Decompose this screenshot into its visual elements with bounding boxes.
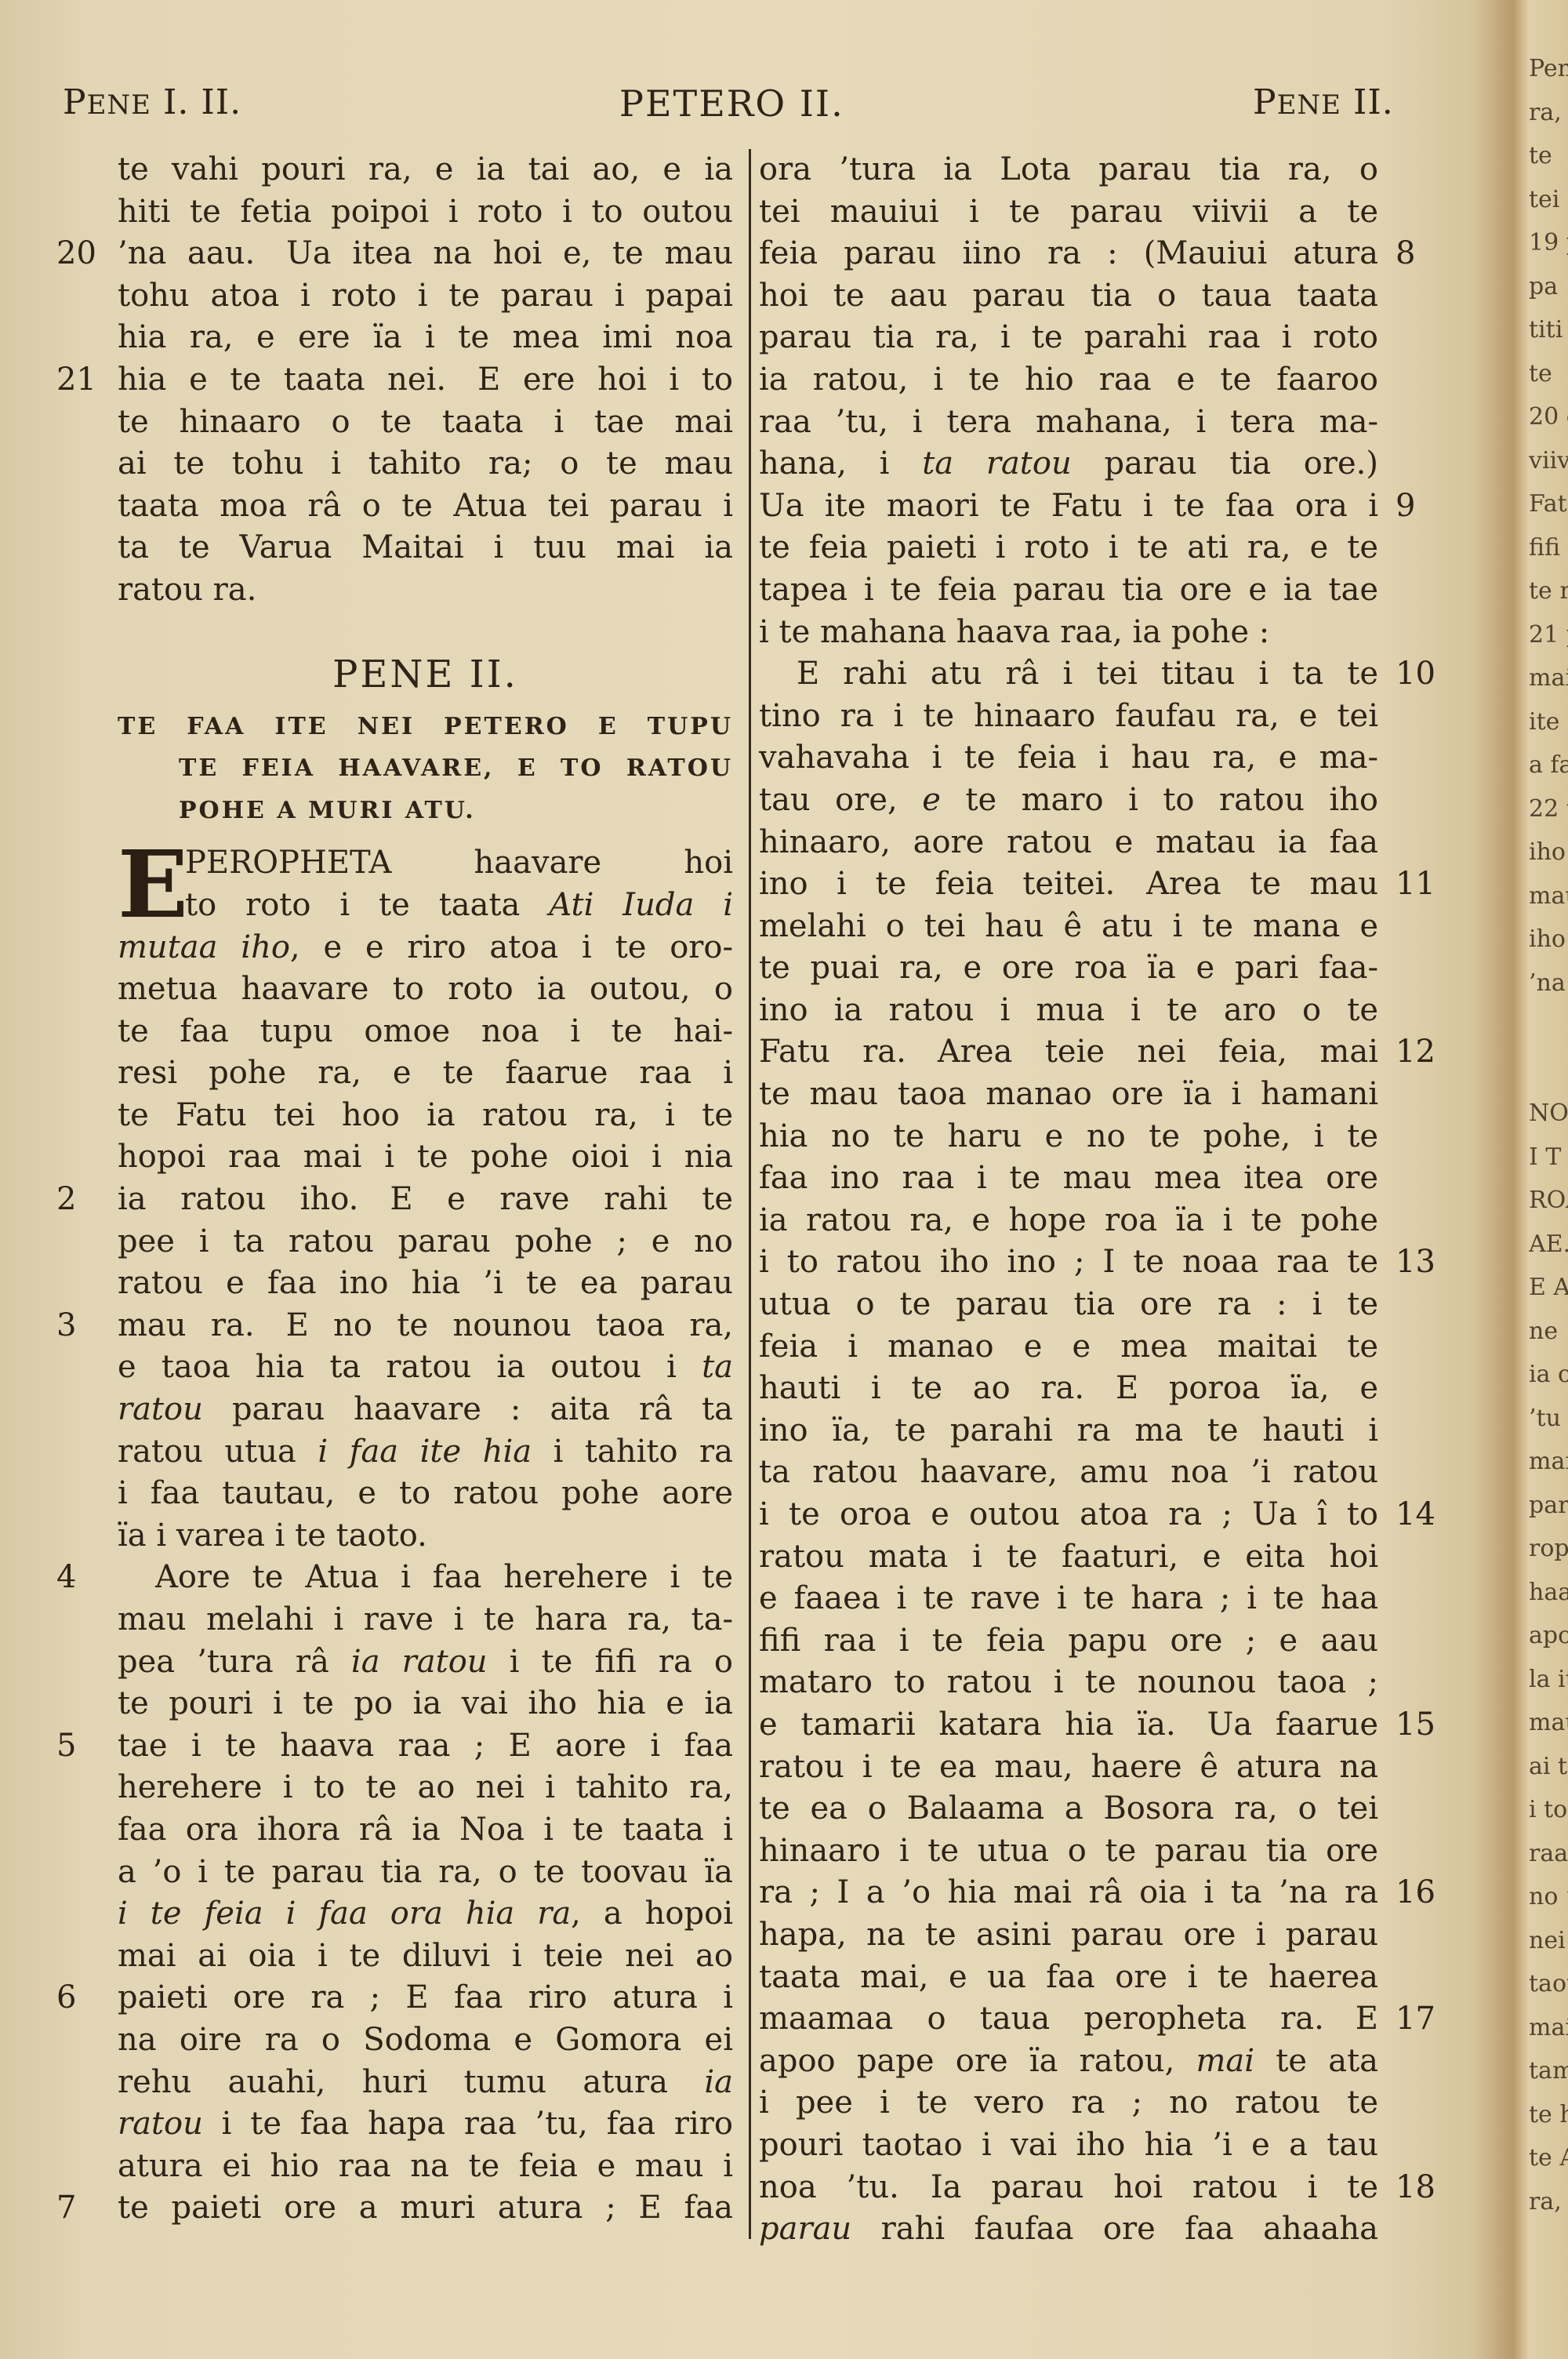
text-line: hiti te fetia poipoi i roto i to outou	[118, 191, 733, 234]
edge-text-fragment: ROA	[1529, 1179, 1568, 1223]
edge-text-fragment: tamua	[1529, 2049, 1568, 2093]
edge-text-fragment: 19 pa	[1529, 221, 1568, 265]
line-text: herehere i to te ao nei i tahito ra,	[118, 1769, 733, 1805]
edge-text-fragment: manao	[1529, 1440, 1568, 1484]
line-text: hoi te aau parau tia o taua taata	[759, 278, 1378, 314]
text-line: te vahi pouri ra, e ia tai ao, e ia	[118, 149, 733, 191]
verse-number: 17	[1396, 1998, 1450, 2041]
line-text: metua haavare to roto ia outou, o	[118, 971, 733, 1007]
text-line: melahi o tei hau ê atu i te mana e	[759, 906, 1378, 948]
text-line: i te feia i faa ora hia ra, a hopoi	[118, 1893, 733, 1936]
line-text: maamaa o taua peropheta ra. E	[759, 2001, 1378, 2037]
line-text: ratou i te ea mau, haere ê atura na	[759, 1749, 1378, 1785]
text-line: 14i te oroa e outou atoa ra ; Ua î to	[759, 1494, 1378, 1536]
edge-text-fragment: ia out	[1529, 1353, 1568, 1397]
text-line: tau ore, e te maro i to ratou iho	[759, 780, 1378, 822]
text-line: ta ratou haavare, amu noa ’i ratou	[759, 1452, 1378, 1494]
verse-number: 8	[1396, 233, 1450, 275]
line-text: e tamarii katara hia ïa. Ua faarue	[759, 1707, 1378, 1743]
edge-text-fragment: rophet	[1529, 1527, 1568, 1571]
line-text: tohu atoa i roto i te parau i papai	[118, 278, 733, 314]
edge-text-fragment: tei	[1529, 178, 1568, 222]
line-text: te mau taoa manao ore ïa i hamani	[759, 1076, 1378, 1112]
verse-number: 11	[1396, 863, 1450, 906]
text-line: fifi raa i te feia papu ore ; e aau	[759, 1620, 1378, 1663]
line-text: tei mauiui i te parau viivii a te	[759, 194, 1378, 230]
text-line: rehu auahi, huri tumu atura ia	[118, 2062, 733, 2104]
text-line: ratou mata i te faaturi, e eita hoi	[759, 1536, 1378, 1579]
edge-text-fragment: pa	[1529, 265, 1568, 309]
chapter-title: PENE II.	[118, 643, 733, 706]
line-text: a ’o i te parau tia ra, o te toovau ïa	[118, 1854, 733, 1890]
line-text: Aore te Atua i faa herehere i te	[155, 1559, 733, 1595]
text-line: ratou i te ea mau, haere ê atura na	[759, 1747, 1378, 1789]
line-text: faa ino raa i te mau mea itea ore	[759, 1160, 1378, 1196]
line-text: hinaaro, aore ratou e matau ia faa	[759, 824, 1378, 860]
line-text: feia parau iino ra : (Mauiui atura	[759, 235, 1378, 271]
verse-number: 13	[1396, 1241, 1450, 1284]
text-line: na oire ra o Sodoma e Gomora ei	[118, 2019, 733, 2062]
edge-text-fragment: nei â h	[1529, 1919, 1568, 1963]
edge-text-fragment: NO T	[1529, 1092, 1568, 1136]
drop-cap-paragraph: EPEROPHETA haavare hoito roto i te taata…	[118, 842, 733, 926]
text-line: 11ino i te feia teitei. Area te mau	[759, 863, 1378, 906]
line-text: te puai ra, e ore roa ïa e pari faa-	[759, 950, 1378, 986]
text-line: mutaa iho, e e riro atoa i te oro-	[118, 927, 733, 969]
edge-text-fragment: raa ma	[1529, 1832, 1568, 1876]
verse-number: 20	[56, 233, 103, 275]
verse-number: 9	[1396, 485, 1450, 528]
verse-number: 14	[1396, 1494, 1450, 1536]
text-line: resi pohe ra, e te faarue raa i	[118, 1052, 733, 1095]
edge-text-fragment: fifi	[1529, 526, 1568, 570]
line-text: fifi raa i te feia papu ore ; e aau	[759, 1623, 1378, 1659]
text-line: taata moa râ o te Atua tei parau i	[118, 485, 733, 528]
text-line: 8feia parau iino ra : (Mauiui atura	[759, 233, 1378, 275]
text-line: 9Ua ite maori te Fatu i te faa ora i	[759, 485, 1378, 528]
text-line: tino ra i te hinaaro faufau ra, e tei	[759, 696, 1378, 738]
line-text: ’na aau. Ua itea na hoi e, te mau	[118, 235, 733, 271]
line-text: ra ; I a ’o hia mai râ oia i ta ’na ra	[759, 1874, 1378, 1910]
edge-text-fragment: la ite	[1529, 1658, 1568, 1702]
verse-number: 12	[1396, 1031, 1450, 1074]
text-line: hinaaro i te utua o te parau tia ore	[759, 1830, 1378, 1873]
line-text: pouri taotao i vai iho hia ’i e a tau	[759, 2127, 1378, 2163]
text-line: hoi te aau parau tia o taua taata	[759, 275, 1378, 318]
text-line: a ’o i te parau tia ra, o te toovau ïa	[118, 1852, 733, 1894]
line-text: Ua ite maori te Fatu i te faa ora i	[759, 488, 1378, 524]
text-line: te feia paieti i roto i te ati ra, e te	[759, 527, 1378, 569]
edge-text-fragment: te	[1529, 352, 1568, 396]
line-text: te faa tupu omoe noa i te hai-	[118, 1013, 733, 1049]
line-text: te ea o Balaama a Bosora ra, o tei	[759, 1790, 1378, 1826]
edge-text-fragment: 22 tuu	[1529, 787, 1568, 831]
text-line: i te mahana haava raa, ia pohe :	[759, 612, 1378, 654]
edge-text-fragment: parau	[1529, 1484, 1568, 1528]
line-text: utua o te parau tia ore ra : i te	[759, 1286, 1378, 1322]
chapter-summary-line: TE FEIA HAAVARE, E TO RATOU	[118, 747, 733, 790]
edge-text-fragment: ne	[1529, 1310, 1568, 1354]
text-line: parau rahi faufaa ore faa ahaaha	[759, 2208, 1378, 2251]
text-line: ta te Varua Maitai i tuu mai ia	[118, 527, 733, 569]
line-text: faa ora ihora râ ia Noa i te taata i	[118, 1812, 733, 1848]
edge-text-fragment: haapii	[1529, 1571, 1568, 1615]
text-line: e faaea i te rave i te hara ; i te haa	[759, 1578, 1378, 1620]
edge-text-fragment: mau m	[1529, 1701, 1568, 1745]
text-line: parau tia ra, i te parahi raa i roto	[759, 317, 1378, 359]
line-text: mataro to ratou i te nounou taoa ;	[759, 1664, 1378, 1700]
text-line: te pouri i te po ia vai iho hia e ia	[118, 1683, 733, 1725]
edge-text-fragment: iho r	[1529, 918, 1568, 961]
text-line: ora ’tura ia Lota parau tia ra, o	[759, 149, 1378, 191]
line-text: te hinaaro o te taata i tae mai	[118, 404, 733, 440]
verse-number: 4	[56, 1557, 103, 1599]
line-text: te feia paieti i roto i te ati ra, e te	[759, 529, 1378, 565]
text-line: ïa i varea i te taoto.	[118, 1515, 733, 1558]
edge-text-fragment: viiv	[1529, 439, 1568, 483]
line-text: tapea i te feia parau tia ore e ia tae	[759, 572, 1378, 608]
edge-text-fragment: te Atua	[1529, 2136, 1568, 2180]
edge-text-fragment: ’tu i t	[1529, 1397, 1568, 1441]
text-line: ino ia ratou i mua i te aro o te	[759, 990, 1378, 1032]
text-line: ia ratou, i te hio raa e te faaroo	[759, 359, 1378, 402]
text-line: raa ’tu, i tera mahana, i tera ma-	[759, 402, 1378, 444]
text-line: hana, i ta ratou parau tia ore.)	[759, 443, 1378, 485]
line-text: pee i ta ratou parau pohe ; e no	[118, 1223, 733, 1259]
edge-text-fragment: Pen	[1529, 47, 1568, 91]
text-line: PEROPHETA haavare hoi	[118, 842, 733, 885]
line-text: atura ei hio raa na te feia e mau i	[118, 2148, 733, 2184]
running-head-left: PENE I. II.	[63, 82, 241, 122]
line-text: E rahi atu râ i tei titau i ta te	[797, 656, 1378, 692]
text-line: pee i ta ratou parau pohe ; e no	[118, 1221, 733, 1263]
line-text: ratou utua i faa ite hia i tahito ra	[118, 1434, 733, 1470]
verse-number: 10	[1396, 653, 1450, 696]
text-line: 20’na aau. Ua itea na hoi e, te mau	[118, 233, 733, 275]
text-line: 3mau ra. E no te nounou taoa ra,	[118, 1305, 733, 1347]
line-text: e faaea i te rave i te hara ; i te haa	[759, 1580, 1378, 1616]
line-text: na oire ra o Sodoma e Gomora ei	[118, 2022, 733, 2058]
line-text: hia e te taata nei. E ere hoi i to	[118, 362, 733, 398]
text-line: herehere i to te ao nei i tahito ra,	[118, 1767, 733, 1809]
text-line: tei mauiui i te parau viivii a te	[759, 191, 1378, 234]
line-text: ino i te feia teitei. Area te mau	[759, 866, 1378, 902]
line-text: ia ratou ra, e hope roa ïa i te pohe	[759, 1202, 1378, 1238]
right-column: ora ’tura ia Lota parau tia ra, otei mau…	[759, 149, 1378, 2251]
line-text: ia ratou iho. E e rave rahi te	[118, 1181, 733, 1217]
edge-text-fragment: AE.	[1529, 1223, 1568, 1267]
line-text: i pee i te vero ra ; no ratou te	[759, 2085, 1378, 2121]
edge-text-fragment: ai te fe	[1529, 1745, 1568, 1789]
text-line: taata mai, e ua faa ore i te haerea	[759, 1957, 1378, 1999]
verse-number: 21	[56, 359, 103, 402]
line-text: parau tia ra, i te parahi raa i roto	[759, 319, 1378, 355]
text-line: tapea i te feia parau tia ore e ia tae	[759, 569, 1378, 612]
edge-text-fragment: te	[1529, 134, 1568, 178]
line-text: ino ïa, te parahi ra ma te hauti i	[759, 1412, 1378, 1448]
line-text: tae i te haava raa ; E aore i faa	[118, 1728, 733, 1764]
text-line: 15e tamarii katara hia ïa. Ua faarue	[759, 1704, 1378, 1747]
text-line: apoo pape ore ïa ratou, mai te ata	[759, 2041, 1378, 2083]
line-text: i te mahana haava raa, ia pohe :	[759, 614, 1269, 650]
text-line: te Fatu tei hoo ia ratou ra, i te	[118, 1095, 733, 1137]
text-line: 7te paieti ore a muri atura ; E faa	[118, 2187, 733, 2230]
line-text: i faa tautau, e to ratou pohe aore	[118, 1475, 733, 1511]
edge-text-fragment: te r	[1529, 569, 1568, 613]
line-text: noa ’tu. Ia parau hoi ratou i te	[759, 2169, 1378, 2205]
text-line: 17maamaa o taua peropheta ra. E	[759, 1998, 1378, 2041]
text-line: mai ai oia i te diluvi i teie nei ao	[118, 1936, 733, 1978]
line-text: hiti te fetia poipoi i roto i to outou	[118, 194, 733, 230]
text-line: pea ’tura râ ia ratou i te fifi ra o	[118, 1641, 733, 1684]
line-text: tino ra i te hinaaro faufau ra, e tei	[759, 698, 1378, 734]
line-text: ratou i te faa hapa raa ’tu, faa riro	[118, 2106, 733, 2142]
line-text: hia ra, e ere ïa i te mea imi noa	[118, 319, 733, 355]
line-text: ratou parau haavare : aita râ ta	[118, 1391, 733, 1427]
text-line: tohu atoa i roto i te parau i papai	[118, 275, 733, 318]
text-line: 18noa ’tu. Ia parau hoi ratou i te	[759, 2167, 1378, 2209]
line-text: ïa i varea i te taoto.	[118, 1518, 427, 1554]
edge-text-fragment: mau	[1529, 874, 1568, 918]
line-text: rehu auahi, huri tumu atura ia	[118, 2064, 733, 2100]
text-line: te ea o Balaama a Bosora ra, o tei	[759, 1788, 1378, 1830]
edge-text-fragment: te haa	[1529, 2093, 1568, 2137]
line-text: ta ratou haavare, amu noa ’i ratou	[759, 1454, 1378, 1490]
line-text: Fatu ra. Area teie nei feia, mai	[759, 1034, 1378, 1070]
text-line: hapa, na te asini parau ore i parau	[759, 1914, 1378, 1957]
edge-text-fragment: 21 pea	[1529, 613, 1568, 657]
line-text: pea ’tura râ ia ratou i te fifi ra o	[118, 1644, 733, 1680]
chapter-summary-line: TE FAA ITE NEI PETERO E TUPU	[118, 706, 733, 748]
text-line: hia no te haru e no te pohe, i te	[759, 1116, 1378, 1158]
text-line: i faa tautau, e to ratou pohe aore	[118, 1473, 733, 1515]
running-head-right: PENE II.	[1253, 82, 1394, 122]
text-line: ratou e faa ino hia ’i te ea parau	[118, 1263, 733, 1305]
text-line: pouri taotao i vai iho hia ’i e a tau	[759, 2125, 1378, 2167]
text-line: 16ra ; I a ’o hia mai râ oia i ta ’na ra	[759, 1872, 1378, 1914]
line-text: resi pohe ra, e te faarue raa i	[118, 1055, 733, 1091]
verse-number: 15	[1396, 1704, 1450, 1747]
line-text: hinaaro i te utua o te parau tia ore	[759, 1833, 1378, 1869]
line-text: i te oroa e outou atoa ra ; Ua î to	[759, 1496, 1378, 1532]
edge-text-fragment: iho	[1529, 831, 1568, 874]
line-text: hia no te haru e no te pohe, i te	[759, 1118, 1378, 1154]
line-text: te pouri i te po ia vai iho hia e ia	[118, 1685, 733, 1721]
line-text: ratou mata i te faaturi, e eita hoi	[759, 1539, 1378, 1575]
text-line: i pee i te vero ra ; no ratou te	[759, 2082, 1378, 2125]
text-line: feia i manao e e mea maitai te	[759, 1326, 1378, 1369]
verse-number: 3	[56, 1305, 103, 1347]
line-text: ratou e faa ino hia ’i te ea parau	[118, 1265, 733, 1301]
edge-text-fragment	[1529, 1005, 1568, 1049]
text-line: vahavaha i te feia i hau ra, e ma-	[759, 737, 1378, 780]
text-line: hia ra, e ere ïa i te mea imi noa	[118, 317, 733, 359]
running-head-book-title: PETERO II.	[619, 82, 844, 125]
text-line: hopoi raa mai i te pohe oioi i nia	[118, 1136, 733, 1179]
text-line: metua haavare to roto ia outou, o	[118, 969, 733, 1011]
line-text: ino ia ratou i mua i te aro o te	[759, 992, 1378, 1028]
text-line: 4Aore te Atua i faa herehere i te	[118, 1557, 733, 1599]
edge-text-fragment: aposet	[1529, 1614, 1568, 1658]
text-line: ratou parau haavare : aita râ ta	[118, 1389, 733, 1431]
edge-text-fragment: I T	[1529, 1136, 1568, 1179]
line-text: taata mai, e ua faa ore i te haerea	[759, 1959, 1378, 1995]
line-text: hopoi raa mai i te pohe oioi i nia	[118, 1139, 733, 1175]
text-line: ratou utua i faa ite hia i tahito ra	[118, 1431, 733, 1474]
edge-text-fragment: ’na ta	[1529, 961, 1568, 1005]
text-line: mau melahi i rave i te hara ra, ta-	[118, 1599, 733, 1641]
line-text: mutaa iho, e e riro atoa i te oro-	[118, 929, 733, 965]
text-line: 13i to ratou iho ino ; I te noaa raa te	[759, 1241, 1378, 1284]
line-text: parau rahi faufaa ore faa ahaaha	[759, 2211, 1378, 2247]
text-line: te mau taoa manao ore ïa i hamani	[759, 1074, 1378, 1116]
text-line: 6paieti ore ra ; E faa riro atura i	[118, 1977, 733, 2019]
line-text: ta te Varua Maitai i tuu mai ia	[118, 529, 733, 565]
edge-text-fragment: mai te	[1529, 2006, 1568, 2050]
column-divider	[749, 149, 751, 2239]
text-line: e taoa hia ta ratou ia outou i ta	[118, 1347, 733, 1389]
text-line: faa ino raa i te mau mea itea ore	[759, 1158, 1378, 1200]
verse-number: 7	[56, 2187, 103, 2230]
line-text: raa ’tu, i tera mahana, i tera ma-	[759, 404, 1378, 440]
edge-text-fragment: ite i	[1529, 700, 1568, 744]
line-text: taata moa râ o te Atua tei parau i	[118, 488, 733, 524]
text-line: utua o te parau tia ore ra : i te	[759, 1284, 1378, 1326]
line-text: te vahi pouri ra, e ia tai ao, e ia	[118, 151, 733, 187]
edge-text-fragment: ra,	[1529, 91, 1568, 135]
verse-number: 6	[56, 1977, 103, 2019]
text-line: faa ora ihora râ ia Noa i te taata i	[118, 1809, 733, 1852]
text-line: ratou ra.	[118, 569, 733, 612]
verse-number: 18	[1396, 2167, 1450, 2209]
edge-text-fragment: mait	[1529, 656, 1568, 700]
text-line: hinaaro, aore ratou e matau ia faa	[759, 822, 1378, 864]
line-text: mau ra. E no te nounou taoa ra,	[118, 1307, 733, 1343]
text-line: ia ratou ra, e hope roa ïa i te pohe	[759, 1200, 1378, 1242]
text-line: to roto i te taata Ati Iuda i	[118, 885, 733, 927]
verse-number: 5	[56, 1725, 103, 1768]
verse-number: 16	[1396, 1872, 1450, 1914]
edge-text-fragment: taoto ra	[1529, 1962, 1568, 2006]
text-line: te puai ra, e ore roa ïa e pari faa-	[759, 947, 1378, 990]
line-text: melahi o tei hau ê atu i te mana e	[759, 908, 1378, 944]
edge-text-fragment: a far	[1529, 743, 1568, 787]
edge-text-fragment: Fat	[1529, 482, 1568, 526]
line-text: vahavaha i te feia i hau ra, e ma-	[759, 740, 1378, 776]
line-text: hana, i ta ratou parau tia ore.)	[759, 445, 1378, 482]
chapter-summary-line: POHE A MURI ATU.	[118, 790, 733, 832]
text-line: te hinaaro o te taata i tae mai	[118, 402, 733, 444]
line-text: mau melahi i rave i te hara ra, ta-	[118, 1601, 733, 1637]
edge-text-fragment: titi	[1529, 308, 1568, 352]
line-text: paieti ore ra ; E faa riro atura i	[118, 1979, 733, 2016]
text-line: 21hia e te taata nei. E ere hoi i to	[118, 359, 733, 402]
text-line: hauti i te ao ra. E poroa ïa, e	[759, 1368, 1378, 1410]
line-text: ora ’tura ia Lota parau tia ra, o	[759, 151, 1378, 187]
line-text: te Fatu tei hoo ia ratou ra, i te	[118, 1097, 733, 1133]
line-text: te paieti ore a muri atura ; E faa	[118, 2190, 733, 2226]
next-page-edge: Penra,tetei19 papatitite20 oiaviivFatfif…	[1529, 47, 1568, 2353]
text-line: 12Fatu ra. Area teie nei feia, mai	[759, 1031, 1378, 1074]
text-line: ai te tohu i tahito ra; o te mau	[118, 443, 733, 485]
line-text: i te feia i faa ora hia ra, a hopoi	[118, 1896, 733, 1932]
edge-text-fragment: no ’na i	[1529, 1875, 1568, 1919]
edge-text-fragment: E A	[1529, 1266, 1568, 1310]
edge-text-fragment: ra, e te	[1529, 2180, 1568, 2224]
line-text: mai ai oia i te diluvi i teie nei ao	[118, 1938, 733, 1974]
line-text: hapa, na te asini parau ore i parau	[759, 1917, 1378, 1953]
text-line: atura ei hio raa na te feia e mau i	[118, 2146, 733, 2188]
line-text: ratou ra.	[118, 572, 256, 608]
verse-number: 2	[56, 1179, 103, 1221]
line-text: e taoa hia ta ratou ia outou i ta	[118, 1349, 733, 1385]
line-text: ia ratou, i te hio raa e te faaroo	[759, 362, 1378, 398]
line-text: hauti i te ao ra. E poroa ïa, e	[759, 1370, 1378, 1406]
left-column: te vahi pouri ra, e ia tai ao, e iahiti …	[118, 149, 733, 2230]
text-line: 10E rahi atu râ i tei titau i ta te	[759, 653, 1378, 696]
text-line: ino ïa, te parahi ra ma te hauti i	[759, 1410, 1378, 1452]
line-text: apoo pape ore ïa ratou, mai te ata	[759, 2043, 1378, 2079]
line-text: tau ore, e te maro i to ratou iho	[759, 782, 1378, 818]
text-line: 5tae i te haava raa ; E aore i faa	[118, 1725, 733, 1768]
text-line: mataro to ratou i te nounou taoa ;	[759, 1662, 1378, 1704]
text-line: te faa tupu omoe noa i te hai-	[118, 1011, 733, 1053]
edge-text-fragment	[1529, 1049, 1568, 1092]
line-text: ai te tohu i tahito ra; o te mau	[118, 445, 733, 482]
text-line: ratou i te faa hapa raa ’tu, faa riro	[118, 2103, 733, 2146]
line-text: i to ratou iho ino ; I te noaa raa te	[759, 1244, 1378, 1280]
line-text: feia i manao e e mea maitai te	[759, 1329, 1378, 1365]
edge-text-fragment: 20 oia	[1529, 395, 1568, 439]
text-line: 2ia ratou iho. E e rave rahi te	[118, 1179, 733, 1221]
edge-text-fragment: i to rat	[1529, 1788, 1568, 1832]
